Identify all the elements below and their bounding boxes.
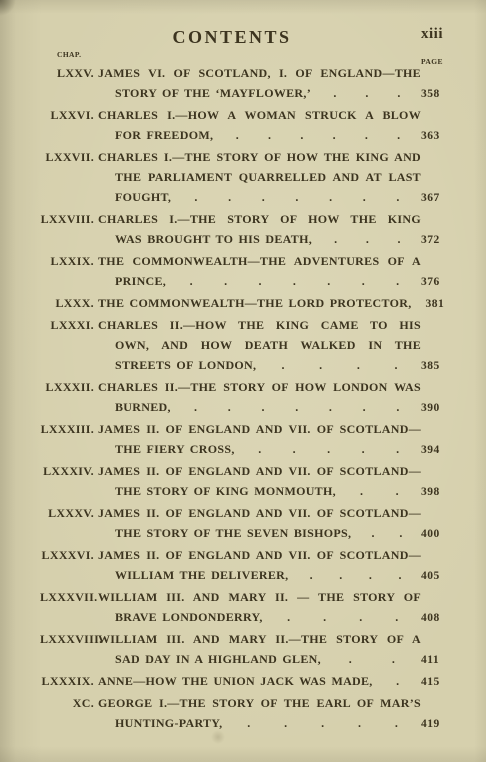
chapter-number: LXXXII. (40, 377, 94, 397)
toc-line: CHARLES I.—THE STORY OF HOW THE KING (98, 209, 462, 229)
toc-line: CHARLES II.—HOW THE KING CAME TO HIS (98, 315, 462, 335)
chapter-number: LXXXV. (40, 503, 94, 523)
toc-entry: LXXVIII.CHARLES I.—THE STORY OF HOW THE … (40, 209, 462, 250)
chapter-number: XC. (40, 693, 94, 713)
leader-dot: . (362, 439, 365, 459)
toc-line-text: THE STORY OF KING MONMOUTH, (115, 481, 336, 501)
toc-line: WILLIAM THE DELIVERER,....405 (98, 565, 462, 586)
chapter-number: LXXVIII. (40, 209, 94, 229)
toc-line: BURNED,.......390 (98, 397, 462, 418)
page-number: 376 (421, 272, 462, 292)
toc-line: WAS BROUGHT TO HIS DEATH,...372 (98, 229, 462, 250)
leader-dot: . (365, 125, 368, 145)
leader-dot: . (363, 187, 366, 207)
dot-leader: ....... (171, 397, 421, 417)
toc-line: CHARLES I.—HOW A WOMAN STRUCK A BLOW (98, 105, 462, 125)
toc-line-text: WILLIAM THE DELIVERER, (115, 565, 288, 585)
toc-line: WILLIAM III. AND MARY II.—THE STORY OF A (98, 629, 462, 649)
toc-entry: LXXX.THE COMMONWEALTH—THE LORD PROTECTOR… (40, 293, 462, 314)
dot-leader: .. (351, 523, 421, 543)
contents-title: CONTENTS (172, 28, 291, 46)
toc-line: JAMES II. OF ENGLAND AND VII. OF SCOTLAN… (98, 503, 462, 523)
dot-leader: ....... (171, 187, 421, 207)
toc-line-text: STORY OF THE ‘MAYFLOWER,’ (115, 83, 311, 103)
dot-leader: .... (256, 355, 421, 375)
toc-line: JAMES II. OF ENGLAND AND VII. OF SCOTLAN… (98, 419, 462, 439)
chapter-number: LXXVII. (40, 147, 94, 167)
dot-leader: .... (263, 607, 421, 627)
leader-dot: . (396, 271, 399, 291)
leader-dot: . (397, 83, 400, 103)
toc-line-text: THE FIERY CROSS, (115, 439, 235, 459)
toc-line: PRINCE,.......376 (98, 271, 462, 292)
leader-dot: . (295, 187, 298, 207)
leader-dot: . (362, 271, 365, 291)
page-number: 367 (421, 188, 462, 208)
leader-dot: . (359, 607, 362, 627)
dot-leader: ... (311, 83, 421, 103)
chapter-number: LXXXI. (40, 315, 94, 335)
leader-dot: . (360, 481, 363, 501)
leader-dot: . (321, 713, 324, 733)
page-number: 385 (421, 356, 462, 376)
leader-dot: . (247, 713, 250, 733)
toc-entry: LXXXI.CHARLES II.—HOW THE KING CAME TO H… (40, 315, 462, 376)
leader-dot: . (339, 565, 342, 585)
toc-entry: LXXIX.THE COMMONWEALTH—THE ADVENTURES OF… (40, 251, 462, 292)
leader-dot: . (349, 649, 352, 669)
leader-dot: . (194, 397, 197, 417)
chapter-number: LXXX. (40, 293, 94, 313)
page-number: 411 (421, 650, 462, 670)
dot-leader: .. (321, 649, 421, 669)
leader-dot: . (319, 355, 322, 375)
leader-dot: . (369, 565, 372, 585)
toc-line: CHARLES II.—THE STORY OF HOW LONDON WAS (98, 377, 462, 397)
toc-line: THE COMMONWEALTH—THE LORD PROTECTOR,381 (98, 293, 462, 314)
chapter-number: LXXXVIII. (40, 629, 94, 649)
toc-line-text: THE COMMONWEALTH—THE LORD PROTECTOR, (98, 293, 412, 313)
leader-dot: . (224, 271, 227, 291)
leader-dot: . (395, 607, 398, 627)
page-number: 381 (426, 294, 467, 314)
dot-leader: ..... (235, 439, 421, 459)
leader-dot: . (396, 671, 399, 691)
toc-line-text: BURNED, (115, 397, 171, 417)
toc-line: JAMES VI. OF SCOTLAND, I. OF ENGLAND—THE (98, 63, 462, 83)
page-number: 408 (421, 608, 462, 628)
toc-line: CHARLES I.—THE STORY OF HOW THE KING AND (98, 147, 462, 167)
chapter-number: LXXXVI. (40, 545, 94, 565)
toc-entry: LXXVI.CHARLES I.—HOW A WOMAN STRUCK A BL… (40, 105, 462, 146)
leader-dot: . (329, 397, 332, 417)
leader-dot: . (394, 355, 397, 375)
toc-line-text: SAD DAY IN A HIGHLAND GLEN, (115, 649, 321, 669)
chapter-number: LXXXIX. (40, 671, 94, 691)
leader-dot: . (284, 713, 287, 733)
dot-leader: ...... (213, 125, 421, 145)
toc-line-text: FOR FREEDOM, (115, 125, 213, 145)
leader-dot: . (363, 397, 366, 417)
leader-dot: . (392, 649, 395, 669)
chapter-number: LXXV. (40, 63, 94, 83)
toc-line: OWN, AND HOW DEATH WALKED IN THE (98, 335, 462, 355)
toc-entry: LXXXV.JAMES II. OF ENGLAND AND VII. OF S… (40, 503, 462, 544)
toc-list: LXXV.JAMES VI. OF SCOTLAND, I. OF ENGLAN… (40, 63, 462, 735)
toc-line-text: FOUGHT, (115, 187, 171, 207)
chapter-number: LXXIX. (40, 251, 94, 271)
leader-dot: . (397, 229, 400, 249)
leader-dot: . (236, 125, 239, 145)
chapter-number: LXXXVII. (40, 587, 94, 607)
dot-leader: ... (312, 229, 421, 249)
leader-dot: . (293, 439, 296, 459)
toc-line-text: THE STORY OF THE SEVEN BISHOPS, (115, 523, 351, 543)
dot-leader: .. (336, 481, 421, 501)
toc-entry: LXXXIV.JAMES II. OF ENGLAND AND VII. OF … (40, 461, 462, 502)
leader-dot: . (295, 397, 298, 417)
toc-line: WILLIAM III. AND MARY II. — THE STORY OF (98, 587, 462, 607)
leader-dot: . (258, 271, 261, 291)
dot-leader: ....... (166, 271, 421, 291)
page-number: 363 (421, 126, 462, 146)
leader-dot: . (228, 397, 231, 417)
leader-dot: . (262, 187, 265, 207)
leader-dot: . (190, 271, 193, 291)
chapter-number: LXXVI. (40, 105, 94, 125)
toc-entry: LXXXVIII.WILLIAM III. AND MARY II.—THE S… (40, 629, 462, 670)
toc-line: STORY OF THE ‘MAYFLOWER,’...358 (98, 83, 462, 104)
toc-line: FOUGHT,.......367 (98, 187, 462, 208)
leader-dot: . (365, 83, 368, 103)
toc-line: HUNTING-PARTY,.....419 (98, 713, 462, 734)
toc-entry: LXXXII.CHARLES II.—THE STORY OF HOW LOND… (40, 377, 462, 418)
toc-entry: LXXXIII.JAMES II. OF ENGLAND AND VII. OF… (40, 419, 462, 460)
dot-leader: . (373, 671, 421, 691)
folio-page-number: xiii (421, 27, 443, 42)
page-number: 390 (421, 398, 462, 418)
toc-line: JAMES II. OF ENGLAND AND VII. OF SCOTLAN… (98, 545, 462, 565)
leader-dot: . (300, 125, 303, 145)
toc-line-text: BRAVE LONDONDERRY, (115, 607, 263, 627)
leader-dot: . (327, 439, 330, 459)
toc-entry: XC.GEORGE I.—THE STORY OF THE EARL OF MA… (40, 693, 462, 734)
toc-entry: LXXXIX.ANNE—HOW THE UNION JACK WAS MADE,… (40, 671, 462, 692)
leader-dot: . (329, 187, 332, 207)
chapter-number: LXXXIII. (40, 419, 94, 439)
toc-entry: LXXXVI.JAMES II. OF ENGLAND AND VII. OF … (40, 545, 462, 586)
leader-dot: . (228, 187, 231, 207)
leader-dot: . (396, 397, 399, 417)
leader-dot: . (310, 565, 313, 585)
toc-line: ANNE—HOW THE UNION JACK WAS MADE,.415 (98, 671, 462, 692)
leader-dot: . (282, 355, 285, 375)
leader-dot: . (372, 523, 375, 543)
leader-dot: . (358, 713, 361, 733)
toc-entry: LXXVII.CHARLES I.—THE STORY OF HOW THE K… (40, 147, 462, 208)
page-number: 372 (421, 230, 462, 250)
leader-dot: . (261, 397, 264, 417)
leader-dot: . (327, 271, 330, 291)
page-number: 415 (421, 672, 462, 692)
leader-dot: . (268, 125, 271, 145)
leader-dot: . (293, 271, 296, 291)
toc-entry: LXXXVII.WILLIAM III. AND MARY II. — THE … (40, 587, 462, 628)
leader-dot: . (334, 229, 337, 249)
toc-line: JAMES II. OF ENGLAND AND VII. OF SCOTLAN… (98, 461, 462, 481)
toc-line: THE FIERY CROSS,.....394 (98, 439, 462, 460)
leader-dot: . (287, 607, 290, 627)
leader-dot: . (357, 355, 360, 375)
toc-line: STREETS OF LONDON,....385 (98, 355, 462, 376)
dot-leader: ..... (222, 713, 421, 733)
page-number: 405 (421, 566, 462, 586)
leader-dot: . (396, 187, 399, 207)
toc-line: THE STORY OF KING MONMOUTH,..398 (98, 481, 462, 502)
toc-line-text: ANNE—HOW THE UNION JACK WAS MADE, (98, 671, 373, 691)
toc-line: SAD DAY IN A HIGHLAND GLEN,..411 (98, 649, 462, 670)
leader-dot: . (399, 565, 402, 585)
toc-line: THE PARLIAMENT QUARRELLED AND AT LAST (98, 167, 462, 187)
book-page: CONTENTS xiii CHAP. PAGE LXXV.JAMES VI. … (0, 0, 486, 762)
page-number: 394 (421, 440, 462, 460)
page-number: 358 (421, 84, 462, 104)
page-number: 398 (421, 482, 462, 502)
page-number: 419 (421, 714, 462, 734)
dot-leader: .... (288, 565, 421, 585)
leader-dot: . (396, 481, 399, 501)
leader-dot: . (333, 125, 336, 145)
leader-dot: . (366, 229, 369, 249)
toc-line-text: HUNTING-PARTY, (115, 713, 222, 733)
leader-dot: . (397, 125, 400, 145)
toc-line-text: WAS BROUGHT TO HIS DEATH, (115, 229, 312, 249)
leader-dot: . (323, 607, 326, 627)
leader-dot: . (395, 713, 398, 733)
page-number: 400 (421, 524, 462, 544)
toc-line: FOR FREEDOM,......363 (98, 125, 462, 146)
toc-line: THE COMMONWEALTH—THE ADVENTURES OF A (98, 251, 462, 271)
toc-line-text: PRINCE, (115, 271, 166, 291)
leader-dot: . (396, 439, 399, 459)
toc-line-text: STREETS OF LONDON, (115, 355, 256, 375)
leader-dot: . (194, 187, 197, 207)
leader-dot: . (258, 439, 261, 459)
toc-line: BRAVE LONDONDERRY,....408 (98, 607, 462, 628)
leader-dot: . (399, 523, 402, 543)
toc-entry: LXXV.JAMES VI. OF SCOTLAND, I. OF ENGLAN… (40, 63, 462, 104)
toc-line: GEORGE I.—THE STORY OF THE EARL OF MAR’S (98, 693, 462, 713)
leader-dot: . (333, 83, 336, 103)
toc-line: THE STORY OF THE SEVEN BISHOPS,..400 (98, 523, 462, 544)
chapter-number: LXXXIV. (40, 461, 94, 481)
chap-column-label: CHAP. (57, 51, 81, 59)
